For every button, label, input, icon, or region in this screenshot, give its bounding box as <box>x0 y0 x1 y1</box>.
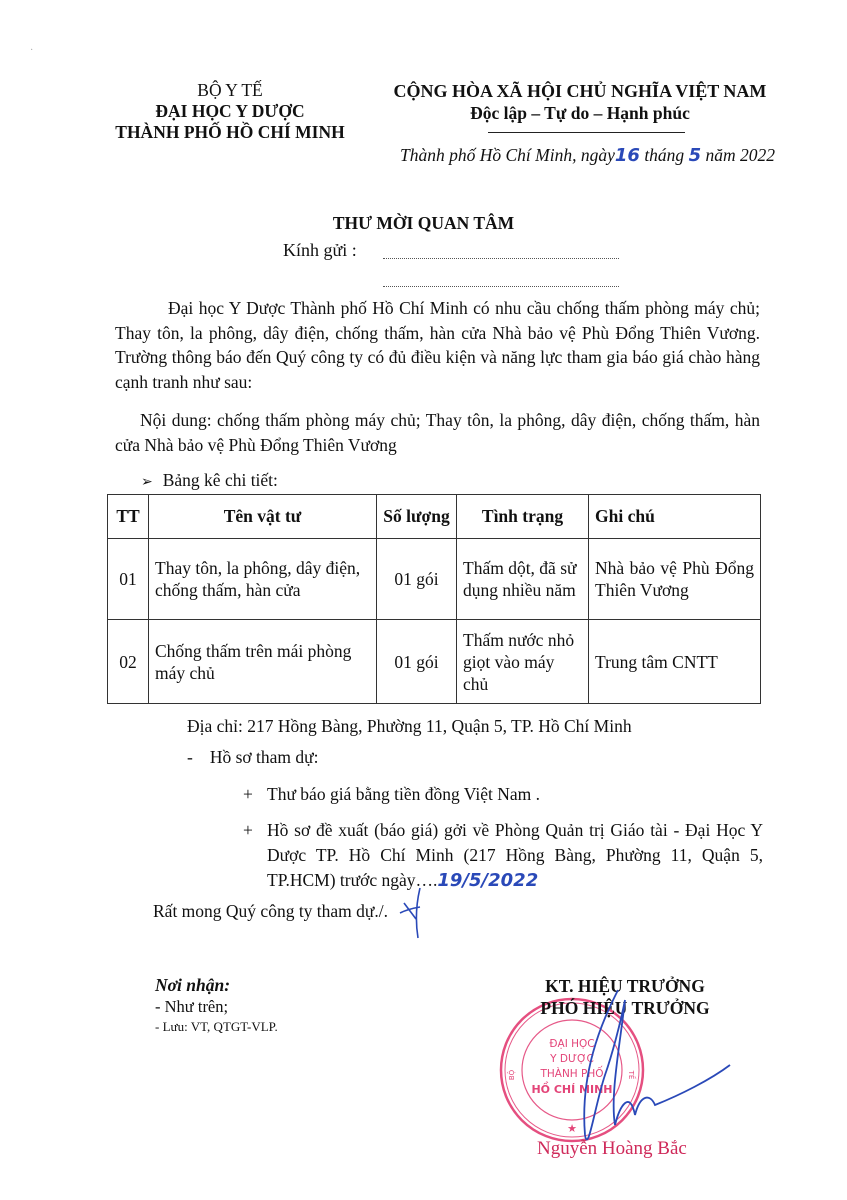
table-row: 02 Chống thấm trên mái phòng máy chủ 01 … <box>108 620 761 704</box>
recipient-line: - Lưu: VT, QTGT-VLP. <box>155 1019 278 1035</box>
header-note: Ghi chú <box>589 495 761 539</box>
issuing-organization: BỘ Y TẾ ĐẠI HỌC Y DƯỢC THÀNH PHỐ HỒ CHÍ … <box>95 80 365 143</box>
cell-name: Chống thấm trên mái phòng máy chủ <box>149 620 377 704</box>
national-motto: Độc lập – Tự do – Hạnh phúc <box>370 102 790 124</box>
motto-underline <box>488 132 685 133</box>
table-header-row: TT Tên vật tư Số lượng Tình trạng Ghi ch… <box>108 495 761 539</box>
dossier-item: + Hồ sơ đề xuất (báo giá) gởi về Phòng Q… <box>243 818 763 843</box>
national-heading: CỘNG HÒA XÃ HỘI CHỦ NGHĨA VIỆT NAM Độc l… <box>370 80 790 124</box>
deadline-handwritten: 19/5/2022 <box>437 870 538 891</box>
dateline-day: 16 <box>615 145 640 166</box>
header-qty-text: Số lượng <box>383 506 449 526</box>
nation-name: CỘNG HÒA XÃ HỘI CHỦ NGHĨA VIỆT NAM <box>370 80 790 102</box>
header-state: Tình trạng <box>457 495 589 539</box>
header-tt: TT <box>108 495 149 539</box>
dossier-item-text: Hồ sơ đề xuất (báo giá) gởi về Phòng Quả… <box>267 818 763 893</box>
dateline: Thành phố Hồ Chí Minh, ngày16 tháng 5 nă… <box>400 145 775 166</box>
dossier-heading: -Hồ sơ tham dự: <box>187 747 319 768</box>
cell-name: Thay tôn, la phông, dây điện, chống thấm… <box>149 539 377 620</box>
university-name-line2: THÀNH PHỐ HỒ CHÍ MINH <box>95 122 365 143</box>
recipients-label: Nơi nhận: <box>155 975 278 996</box>
dateline-month-label: tháng <box>640 145 689 165</box>
recipient-blank-line-2 <box>383 286 619 287</box>
cell-qty: 01 gói <box>377 539 457 620</box>
dateline-year: năm 2022 <box>701 145 775 165</box>
list-heading-text: Bảng kê chi tiết: <box>163 470 278 490</box>
plus-bullet-icon: + <box>243 782 267 807</box>
handwritten-signature-icon <box>540 985 740 1160</box>
handwritten-check-mark-icon <box>380 883 440 943</box>
cell-tt: 02 <box>108 620 149 704</box>
dateline-prefix: Thành phố Hồ Chí Minh, ngày <box>400 145 615 165</box>
document-title: THƯ MỜI QUAN TÂM <box>0 213 847 234</box>
recipient-line: - Như trên; <box>155 997 278 1017</box>
university-name-line1: ĐẠI HỌC Y DƯỢC <box>95 101 365 122</box>
cell-tt: 01 <box>108 539 149 620</box>
signer-name: Nguyễn Hoàng Bắc <box>537 1138 687 1160</box>
dossier-item-text: Thư báo giá bằng tiền đồng Việt Nam . <box>267 784 540 804</box>
table-row: 01 Thay tôn, la phông, dây điện, chống t… <box>108 539 761 620</box>
dash-bullet-icon: - <box>187 747 193 767</box>
intro-paragraph: Đại học Y Dược Thành phố Hồ Chí Minh có … <box>115 296 760 394</box>
content-paragraph: Nội dung: chống thấm phòng máy chủ; Thay… <box>115 408 760 457</box>
recipient-blank-line-1 <box>383 258 619 259</box>
items-table: TT Tên vật tư Số lượng Tình trạng Ghi ch… <box>107 494 761 704</box>
closing-line: Rất mong Quý công ty tham dự./. <box>153 901 388 922</box>
plus-bullet-icon: + <box>243 818 267 843</box>
cell-qty: 01 gói <box>377 620 457 704</box>
cell-state: Thấm dột, đã sử dụng nhiều năm <box>457 539 589 620</box>
dossier-heading-text: Hồ sơ tham dự: <box>210 747 319 767</box>
header-qty: Số lượng <box>377 495 457 539</box>
cell-state: Thấm nước nhỏ giọt vào máy chủ <box>457 620 589 704</box>
cell-note: Trung tâm CNTT <box>589 620 761 704</box>
scan-artifact: · <box>30 45 33 56</box>
arrow-bullet-icon: ➢ <box>141 475 153 490</box>
stamp-side-left: BỘ <box>507 1069 516 1080</box>
recipient-label: Kính gửi : <box>283 240 357 261</box>
address-line: Địa chỉ: 217 Hồng Bàng, Phường 11, Quận … <box>187 716 632 737</box>
dossier-item: +Thư báo giá bằng tiền đồng Việt Nam . <box>243 782 540 807</box>
dateline-month: 5 <box>689 145 702 166</box>
header-name: Tên vật tư <box>149 495 377 539</box>
list-heading: ➢Bảng kê chi tiết: <box>141 470 278 491</box>
cell-note: Nhà bảo vệ Phù Đổng Thiên Vương <box>589 539 761 620</box>
recipients-block: Nơi nhận: - Như trên; - Lưu: VT, QTGT-VL… <box>155 975 278 1035</box>
ministry-name: BỘ Y TẾ <box>95 80 365 101</box>
